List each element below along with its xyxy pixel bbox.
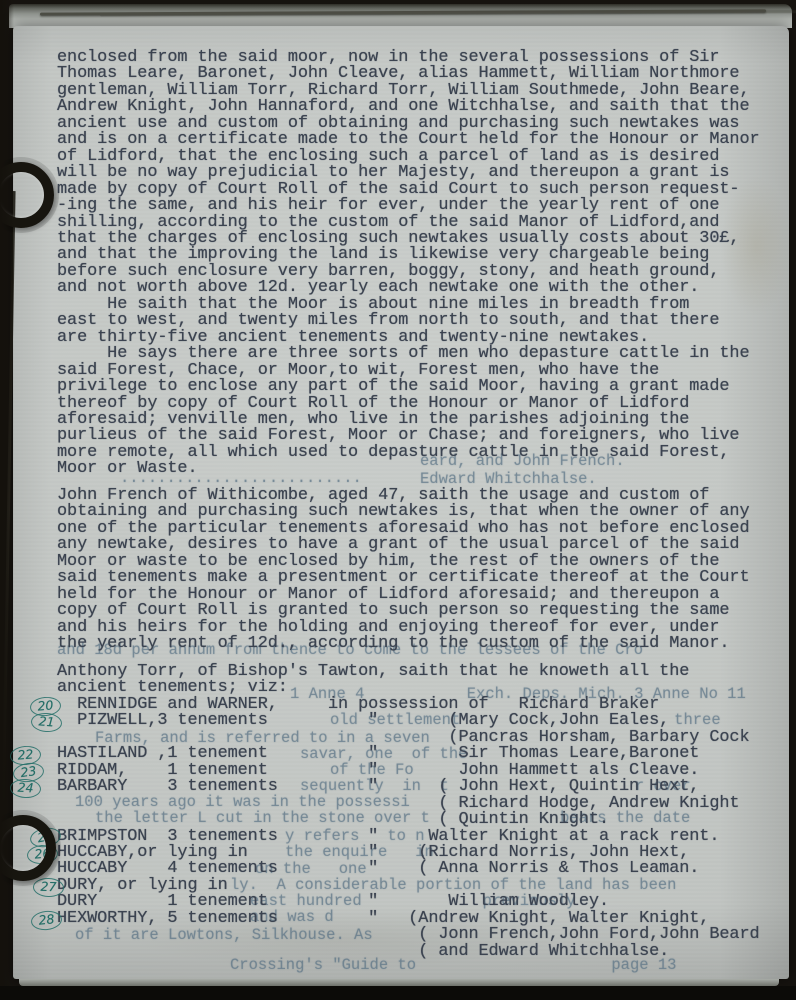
typed-paragraphs-deposition: enclosed from the said moor, now in the … [57,50,760,478]
page-stack-top-edge [9,4,792,28]
paper-sheet: eard, and John French. .................… [13,26,789,979]
left-edge-shadow [0,0,14,1000]
photo-bottom-edge [0,986,796,1000]
margin-circled-number-24: 24 [10,778,42,799]
typed-paragraph-john-french: John French of Withicombe, aged 47, sait… [57,488,750,653]
typed-paragraph-tenement-list: Anthony Torr, of Bishop's Tawton, saith … [57,664,760,960]
photographed-document: eard, and John French. .................… [0,0,796,1000]
